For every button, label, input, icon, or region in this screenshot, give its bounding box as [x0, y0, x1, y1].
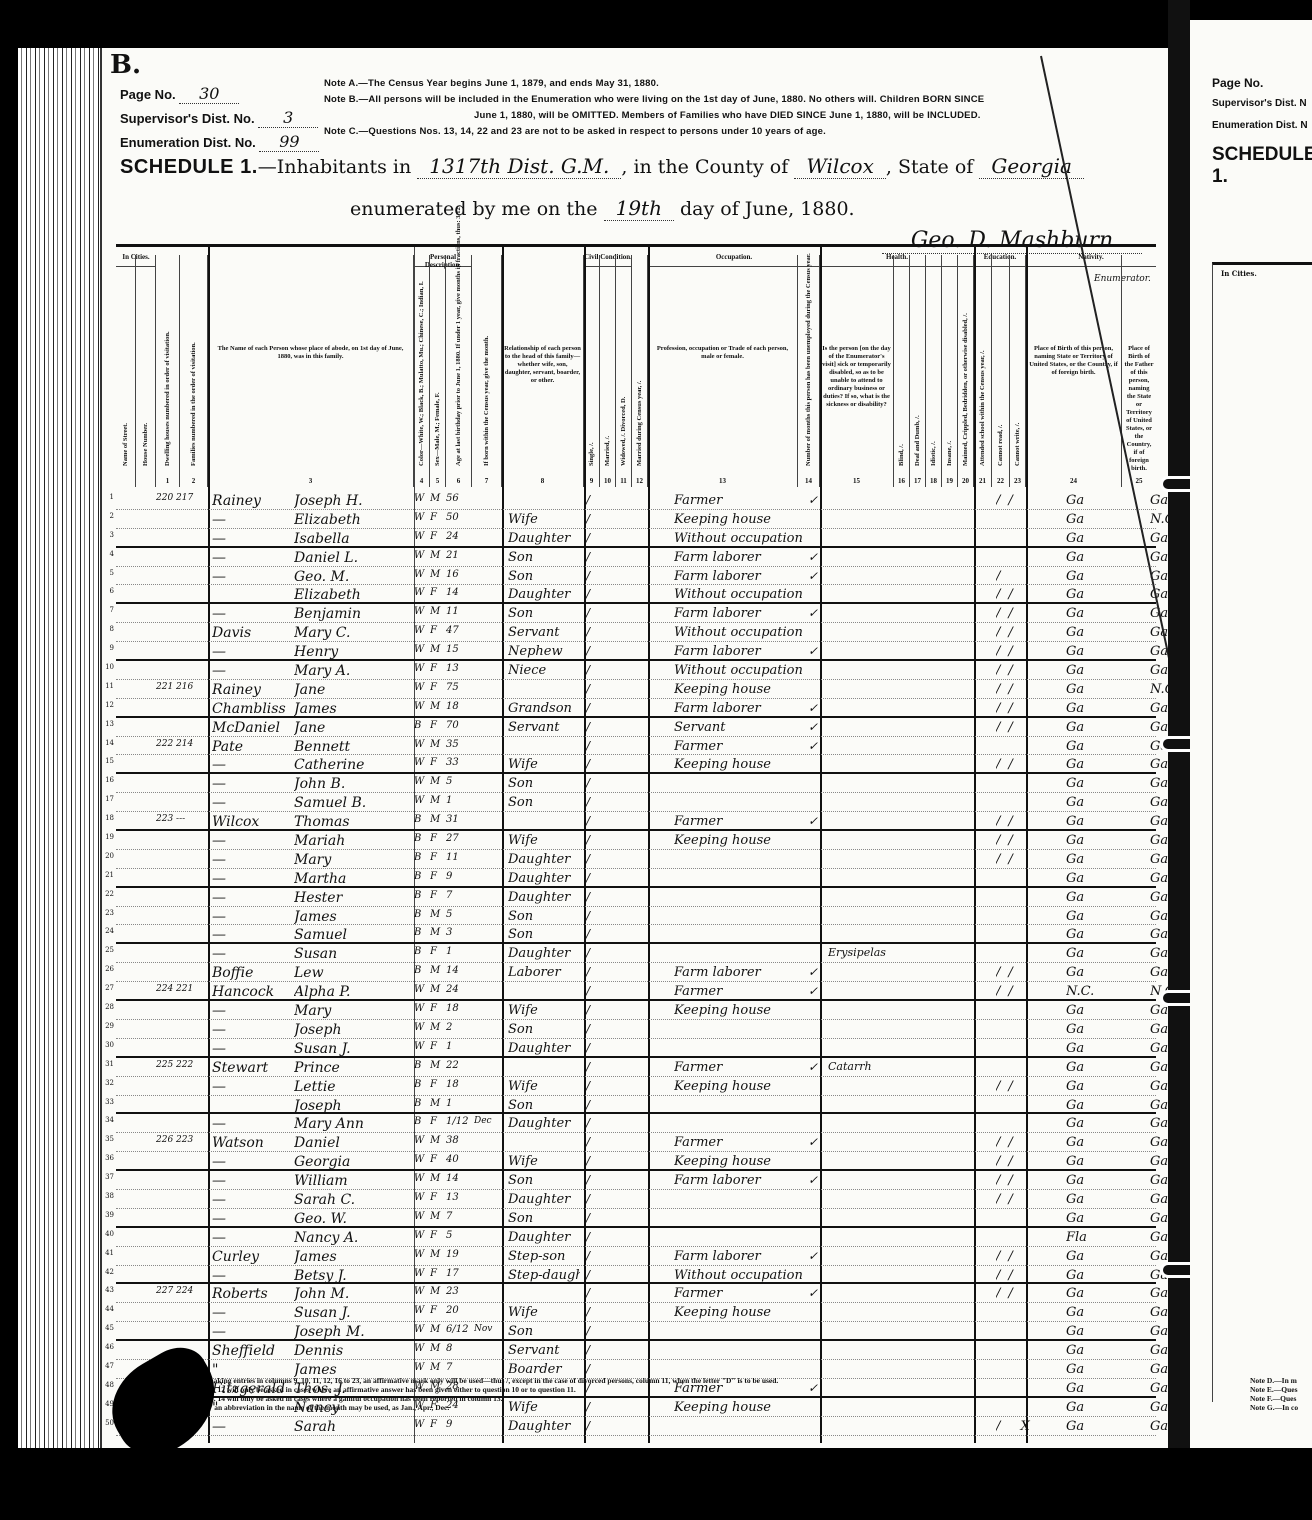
- cell-n: 39: [102, 1211, 114, 1219]
- supervisor-dist-field: Supervisor's Dist. No. 3: [120, 108, 318, 128]
- cell-sur: —: [212, 871, 292, 887]
- cell-giv: Joseph: [294, 1022, 414, 1038]
- cell-b1: Ga: [1066, 1268, 1122, 1283]
- cell-dw: 225 222: [156, 1060, 200, 1070]
- cell-civ: /: [586, 852, 630, 866]
- cell-col: W: [414, 663, 428, 674]
- cell-civ: /: [586, 1079, 630, 1093]
- cell-b1: Ga: [1066, 1173, 1122, 1188]
- cell-col: W: [414, 1173, 428, 1184]
- table-row: 25—SusanBF1Daughter/ErysipelasGaGa: [116, 944, 1156, 963]
- cell-n: 16: [102, 776, 114, 784]
- cell-col: B: [414, 890, 428, 901]
- cell-b1: Ga: [1066, 776, 1122, 791]
- table-row: 33JosephBM1Son/GaGa: [116, 1096, 1156, 1115]
- table-row: 17—Samuel B.WM1Son/GaGa: [116, 793, 1156, 812]
- table-row: 15—CatherineWF33Wife /Keeping house//GaG…: [116, 755, 1156, 774]
- cell-hl: Erysipelas: [828, 946, 906, 959]
- cell-sex: F: [430, 1305, 446, 1316]
- cell-occ: Keeping house: [674, 512, 804, 527]
- cell-col: W: [414, 1419, 428, 1430]
- cell-giv: Elizabeth: [294, 512, 414, 528]
- np-supervisor-label: Supervisor's Dist. N: [1212, 98, 1307, 109]
- cell-age: 38: [446, 1135, 470, 1146]
- cell-giv: James: [294, 701, 414, 717]
- cell-sur: Roberts: [212, 1286, 292, 1302]
- cell-giv: Bennett: [294, 739, 414, 755]
- table-row: 37—WilliamWM14Son/Farm laborer✓//GaGa: [116, 1171, 1156, 1190]
- cell-sur: —: [212, 833, 292, 849]
- cell-occ: Farm laborer: [674, 550, 804, 565]
- cell-col: W: [414, 531, 428, 542]
- census-notes: Note A.—The Census Year begins June 1, 1…: [324, 76, 1124, 140]
- table-row: 29—JosephWM2Son/GaGa: [116, 1020, 1156, 1039]
- cell-n: 17: [102, 795, 114, 803]
- cell-civ: /: [586, 1268, 630, 1282]
- cell-giv: Mary: [294, 852, 414, 868]
- cell-ed: //: [996, 984, 1046, 999]
- cell-n: 45: [102, 1324, 114, 1332]
- cell-age: 23: [446, 1286, 470, 1297]
- cell-col: W: [414, 606, 428, 617]
- cell-dw: 220 217: [156, 493, 200, 503]
- cell-sex: M: [430, 739, 446, 750]
- cell-n: 38: [102, 1192, 114, 1200]
- cell-giv: Samuel B.: [294, 795, 414, 811]
- cell-rel: Daughter: [508, 587, 580, 602]
- cell-giv: Joseph M.: [294, 1324, 414, 1340]
- cell-sex: M: [430, 1286, 446, 1297]
- cell-civ: /: [586, 1173, 630, 1187]
- cell-col: B: [414, 852, 428, 863]
- cell-sur: —: [212, 1211, 292, 1227]
- cell-sur: —: [212, 1230, 292, 1246]
- cell-sur: Rainey: [212, 682, 292, 698]
- state-text: , State of: [886, 156, 973, 178]
- cell-age: 7: [446, 1211, 470, 1222]
- cell-civ: /: [586, 1324, 630, 1338]
- table-row: 45—Joseph M.WM6/12NovSon/GaGa: [116, 1322, 1156, 1341]
- cell-occ: Keeping house: [674, 1003, 804, 1018]
- cell-b1: Ga: [1066, 909, 1122, 924]
- cell-n: 4: [102, 550, 114, 558]
- cell-dw: 224 221: [156, 984, 200, 994]
- adjacent-census-page: Page No. Supervisor's Dist. N Enumeratio…: [1190, 20, 1312, 1450]
- cell-dw: 227 224: [156, 1286, 200, 1296]
- cell-n: 13: [102, 720, 114, 728]
- col-10: Married, /.10: [600, 255, 616, 487]
- cell-col: B: [414, 833, 428, 844]
- cell-sur: —: [212, 1324, 292, 1340]
- col-7: If born within the Census year, give the…: [472, 255, 502, 487]
- table-row: 38—Sarah C.WF13Daughter///GaGa: [116, 1190, 1156, 1209]
- cell-rel: Wife: [508, 1305, 580, 1320]
- table-row: 44—Susan J.WF20Wife /Keeping houseGaGa: [116, 1303, 1156, 1322]
- cell-rel: Boarder: [508, 1362, 580, 1377]
- cell-b1: Ga: [1066, 1060, 1122, 1075]
- cell-b1: Ga: [1066, 946, 1122, 961]
- cell-b1: Ga: [1066, 1324, 1122, 1339]
- cell-sex: F: [430, 1041, 446, 1052]
- cell-sur: —: [212, 852, 292, 868]
- cell-giv: Daniel: [294, 1135, 414, 1151]
- cell-b1: Ga: [1066, 531, 1122, 546]
- cell-n: 28: [102, 1003, 114, 1011]
- table-row: 6ElizabethWF14Daughter/Without occupatio…: [116, 585, 1156, 604]
- cell-sur: —: [212, 644, 292, 660]
- cell-civ: /: [586, 569, 630, 583]
- cell-un: ✓: [808, 984, 828, 998]
- cell-n: 46: [102, 1343, 114, 1351]
- cell-sur: —: [212, 531, 292, 547]
- cell-occ: Farmer: [674, 1135, 804, 1150]
- cell-sex: F: [430, 757, 446, 768]
- cell-sur: —: [212, 927, 292, 943]
- col-16: Blind, /.16: [894, 255, 910, 487]
- cell-ed: //: [996, 757, 1046, 772]
- cell-age: 20: [446, 1305, 470, 1316]
- col-19: Insane, /.19: [942, 255, 958, 487]
- cell-civ: /: [586, 927, 630, 941]
- cell-civ: /: [586, 550, 630, 564]
- cell-giv: Joseph H.: [294, 493, 414, 509]
- cell-col: W: [414, 1286, 428, 1297]
- cell-giv: Mary Ann: [294, 1116, 414, 1132]
- cell-occ: Keeping house: [674, 757, 804, 772]
- cell-occ: Without occupation: [674, 1268, 804, 1283]
- cell-n: 35: [102, 1135, 114, 1143]
- cell-sur: Stewart: [212, 1060, 292, 1076]
- cell-n: 24: [102, 927, 114, 935]
- cell-rel: Wife: [508, 833, 580, 848]
- cell-n: 1: [102, 493, 114, 501]
- cell-age: 31: [446, 814, 470, 825]
- state-value: Georgia: [979, 154, 1084, 179]
- cell-rel: Son: [508, 1098, 580, 1113]
- cell-occ: Farmer: [674, 493, 804, 508]
- cell-b1: Ga: [1066, 1362, 1122, 1377]
- cell-n: 6: [102, 587, 114, 595]
- cell-giv: Betsy J.: [294, 1268, 414, 1284]
- ledger-page-edges: [18, 48, 110, 1448]
- cell-age: 40: [446, 1154, 470, 1165]
- cell-sur: Chambliss: [212, 701, 292, 717]
- col-20: Maimed, Crippled, Bedridden, or otherwis…: [958, 255, 974, 487]
- col-21: Attended school within the Census year, …: [974, 255, 992, 487]
- cell-n: 2: [102, 512, 114, 520]
- enumerated-by-text: enumerated by me on the: [350, 198, 598, 220]
- cell-b1: Ga: [1066, 814, 1122, 829]
- cell-sex: F: [430, 1116, 446, 1127]
- col-1: Dwelling houses numbered in order of vis…: [156, 255, 180, 487]
- cell-age: 14: [446, 965, 470, 976]
- cell-ed: //: [996, 1154, 1046, 1169]
- cell-col: W: [414, 682, 428, 693]
- cell-sur: —: [212, 1305, 292, 1321]
- sheet-letter: B.: [110, 50, 141, 80]
- footnote-1: Note.—In making entries in columns 9, 10…: [174, 1376, 1134, 1385]
- cell-ed: //: [996, 663, 1046, 678]
- cell-giv: Mariah: [294, 833, 414, 849]
- cell-col: W: [414, 644, 428, 655]
- cell-col: B: [414, 909, 428, 920]
- cell-ed: //: [996, 644, 1046, 659]
- cell-civ: /: [586, 531, 630, 545]
- col-8: Relationship of each person to the head …: [502, 255, 584, 487]
- cell-civ: /: [586, 890, 630, 904]
- cell-sex: F: [430, 587, 446, 598]
- cell-sur: Wilcox: [212, 814, 292, 830]
- cell-age: 1/12: [446, 1116, 470, 1127]
- cell-civ: /: [586, 1286, 630, 1300]
- cell-rel: Nephew: [508, 644, 580, 659]
- cell-b1: Ga: [1066, 701, 1122, 716]
- cell-un: ✓: [808, 1173, 828, 1187]
- table-row: 1220 217RaineyJoseph H.WM56 /Farmer✓//Ga…: [116, 491, 1156, 510]
- cell-n: 43: [102, 1286, 114, 1294]
- cell-age: 56: [446, 493, 470, 504]
- cell-civ: /: [586, 720, 630, 734]
- cell-un: ✓: [808, 720, 828, 734]
- cell-age: 17: [446, 1268, 470, 1279]
- cell-ed: //: [996, 1268, 1046, 1283]
- cell-ed: //: [996, 1286, 1046, 1301]
- table-row: 41CurleyJamesWM19Step-son/Farm laborer✓/…: [116, 1247, 1156, 1266]
- cell-col: W: [414, 1230, 428, 1241]
- cell-giv: Henry: [294, 644, 414, 660]
- cell-age: 27: [446, 833, 470, 844]
- cell-col: W: [414, 701, 428, 712]
- cell-civ: /: [586, 512, 630, 526]
- cell-sex: F: [430, 1079, 446, 1090]
- cell-age: 24: [446, 984, 470, 995]
- cell-age: 35: [446, 739, 470, 750]
- cell-occ: Without occupation: [674, 587, 804, 602]
- table-row: 3—IsabellaWF24Daughter/Without occupatio…: [116, 529, 1156, 548]
- cell-sur: McDaniel: [212, 720, 292, 736]
- cell-occ: Farm laborer: [674, 701, 804, 716]
- cell-age: 50: [446, 512, 470, 523]
- cell-col: W: [414, 739, 428, 750]
- cell-civ: /: [586, 1362, 630, 1376]
- cell-rel: Son: [508, 1324, 580, 1339]
- enumeration-dist-value: 99: [259, 132, 319, 152]
- cell-giv: Mary C.: [294, 625, 414, 641]
- cell-col: W: [414, 512, 428, 523]
- cell-b1: Ga: [1066, 587, 1122, 602]
- table-row: 12ChamblissJamesWM18Grandson/Farm labore…: [116, 699, 1156, 718]
- np-in-cities: In Cities.: [1213, 265, 1312, 282]
- cell-b1: Ga: [1066, 1286, 1122, 1301]
- binder-spine: [1168, 0, 1190, 1520]
- cell-un: ✓: [808, 493, 828, 507]
- cell-giv: Joseph: [294, 1098, 414, 1114]
- table-row: 39—Geo. W.WM7Son/GaGa: [116, 1209, 1156, 1228]
- cell-sex: M: [430, 1324, 446, 1335]
- col-house: House Number.: [136, 255, 156, 487]
- cell-rel: Daughter: [508, 871, 580, 886]
- cell-rel: Wife: [508, 1079, 580, 1094]
- cell-occ: Keeping house: [674, 1305, 804, 1320]
- cell-sex: F: [430, 1154, 446, 1165]
- cell-sex: M: [430, 814, 446, 825]
- cell-occ: Farm laborer: [674, 644, 804, 659]
- cell-civ: /: [586, 587, 630, 601]
- footnote-2: Question No. 12 will only be asked in ca…: [174, 1385, 1134, 1394]
- cell-b1: Ga: [1066, 852, 1122, 867]
- cell-col: W: [414, 795, 428, 806]
- cell-giv: Isabella: [294, 531, 414, 547]
- cell-giv: Mary: [294, 1003, 414, 1019]
- cell-dw: 223 ---: [156, 814, 200, 824]
- table-row: 46SheffieldDennisWM8Servant/GaGa: [116, 1341, 1156, 1360]
- cell-un: ✓: [808, 701, 828, 715]
- schedule-label: SCHEDULE 1.: [120, 156, 258, 178]
- cell-n: 5: [102, 569, 114, 577]
- cell-b1: Ga: [1066, 1305, 1122, 1320]
- table-row: 42—Betsy J.WF17Step-daugh./Without occup…: [116, 1266, 1156, 1285]
- cell-sur: Watson: [212, 1135, 292, 1151]
- cell-n: 14: [102, 739, 114, 747]
- enumerated-line: enumerated by me on the 19th day of June…: [350, 196, 855, 221]
- table-row: 21—MarthaBF9Daughter/GaGa: [116, 869, 1156, 888]
- cell-rel: Son: [508, 550, 580, 565]
- cell-b1: Ga: [1066, 1022, 1122, 1037]
- cell-n: 20: [102, 852, 114, 860]
- cell-col: W: [414, 1362, 428, 1373]
- cell-ed: //: [996, 701, 1046, 716]
- page-no-value: 30: [179, 84, 239, 104]
- cell-age: 18: [446, 1003, 470, 1014]
- cell-col: W: [414, 1192, 428, 1203]
- cell-n: 40: [102, 1230, 114, 1238]
- cell-n: 27: [102, 984, 114, 992]
- cell-un: ✓: [808, 1060, 828, 1074]
- cell-ed: //: [996, 814, 1046, 829]
- cell-sex: F: [430, 682, 446, 693]
- cell-rel: Daughter: [508, 1041, 580, 1056]
- cell-col: B: [414, 1098, 428, 1109]
- table-row: 34—Mary AnnBF1/12DecDaughter/GaGa: [116, 1114, 1156, 1133]
- cell-sex: F: [430, 625, 446, 636]
- cell-b1: Fla: [1066, 1230, 1122, 1245]
- cell-civ: /: [586, 1098, 630, 1112]
- cell-sex: M: [430, 1173, 446, 1184]
- cell-n: 37: [102, 1173, 114, 1181]
- cell-giv: John M.: [294, 1286, 414, 1302]
- cell-sur: —: [212, 890, 292, 906]
- cell-civ: /: [586, 701, 630, 715]
- cell-un: ✓: [808, 550, 828, 564]
- cell-n: 25: [102, 946, 114, 954]
- cell-civ: /: [586, 776, 630, 790]
- table-row: 5—Geo. M.WM16Son/Farm laborer✓ /GaGa: [116, 567, 1156, 586]
- cell-sex: M: [430, 1135, 446, 1146]
- cell-occ: Farmer: [674, 814, 804, 829]
- table-row: 50—SarahWF9Daughter// XGaGa: [116, 1417, 1156, 1436]
- cell-giv: Daniel L.: [294, 550, 414, 566]
- cell-b1: Ga: [1066, 1003, 1122, 1018]
- cell-giv: James: [294, 909, 414, 925]
- np-table: In Cities.: [1212, 262, 1312, 1402]
- cell-civ: /: [586, 1154, 630, 1168]
- cell-col: W: [414, 984, 428, 995]
- cell-b1: Ga: [1066, 757, 1122, 772]
- cell-col: B: [414, 1116, 428, 1127]
- cell-sur: Sheffield: [212, 1343, 292, 1359]
- col-9: Single, /.9: [584, 255, 600, 487]
- cell-giv: Jane: [294, 682, 414, 698]
- cell-sex: F: [430, 1230, 446, 1241]
- cell-age: 22: [446, 1060, 470, 1071]
- cell-rel: Daughter: [508, 852, 580, 867]
- cell-giv: Samuel: [294, 927, 414, 943]
- col-4: Color—White, W.; Black, B.; Mulatto, Mu.…: [414, 255, 430, 487]
- cell-civ: /: [586, 984, 630, 998]
- cell-b1: Ga: [1066, 739, 1122, 754]
- note-c: Note C.—Questions Nos. 13, 14, 22 and 23…: [324, 124, 1124, 140]
- cell-col: W: [414, 1268, 428, 1279]
- cell-rel: Daughter: [508, 890, 580, 905]
- cell-n: 36: [102, 1154, 114, 1162]
- cell-rel: Daughter: [508, 1230, 580, 1245]
- cell-n: 31: [102, 1060, 114, 1068]
- table-row: 40—Nancy A.WF5Daughter/FlaGa: [116, 1228, 1156, 1247]
- table-row: 28—MaryWF18Wife /Keeping houseGaGa: [116, 1001, 1156, 1020]
- cell-hl: Catarrh: [828, 1060, 906, 1073]
- cell-n: 12: [102, 701, 114, 709]
- cell-giv: Catherine: [294, 757, 414, 773]
- cell-col: B: [414, 946, 428, 957]
- cell-rel: Wife: [508, 757, 580, 772]
- cell-giv: Susan J.: [294, 1041, 414, 1057]
- cell-civ: /: [586, 1022, 630, 1036]
- cell-giv: Susan J.: [294, 1305, 414, 1321]
- table-row: 11221 216RaineyJaneWF75 /Keeping house//…: [116, 680, 1156, 699]
- cell-n: 44: [102, 1305, 114, 1313]
- cell-col: B: [414, 927, 428, 938]
- cell-civ: /: [586, 757, 630, 771]
- cell-civ: /: [586, 833, 630, 847]
- cell-ed: //: [996, 1192, 1046, 1207]
- cell-age: 24: [446, 531, 470, 542]
- cell-occ: Farm laborer: [674, 965, 804, 980]
- cell-giv: Elizabeth: [294, 587, 414, 603]
- cell-n: 8: [102, 625, 114, 633]
- cell-age: 70: [446, 720, 470, 731]
- cell-civ: /: [586, 625, 630, 639]
- cell-sex: M: [430, 776, 446, 787]
- cell-b1: Ga: [1066, 871, 1122, 886]
- cell-sur: Davis: [212, 625, 292, 641]
- cell-rel: Daughter: [508, 1419, 580, 1434]
- cell-mo: Nov: [474, 1324, 502, 1334]
- supervisor-dist-label: Supervisor's Dist. No.: [120, 111, 255, 126]
- cell-rel: Son: [508, 1022, 580, 1037]
- cell-col: B: [414, 814, 428, 825]
- cell-sex: F: [430, 1268, 446, 1279]
- cell-civ: /: [586, 1003, 630, 1017]
- cell-col: W: [414, 550, 428, 561]
- cell-n: 48: [102, 1381, 114, 1389]
- cell-civ: /: [586, 1305, 630, 1319]
- cell-ed: / X: [996, 1419, 1046, 1434]
- cell-col: W: [414, 1249, 428, 1260]
- cell-sur: —: [212, 1154, 292, 1170]
- cell-giv: Geo. M.: [294, 569, 414, 585]
- cell-giv: Geo. W.: [294, 1211, 414, 1227]
- cell-sex: M: [430, 701, 446, 712]
